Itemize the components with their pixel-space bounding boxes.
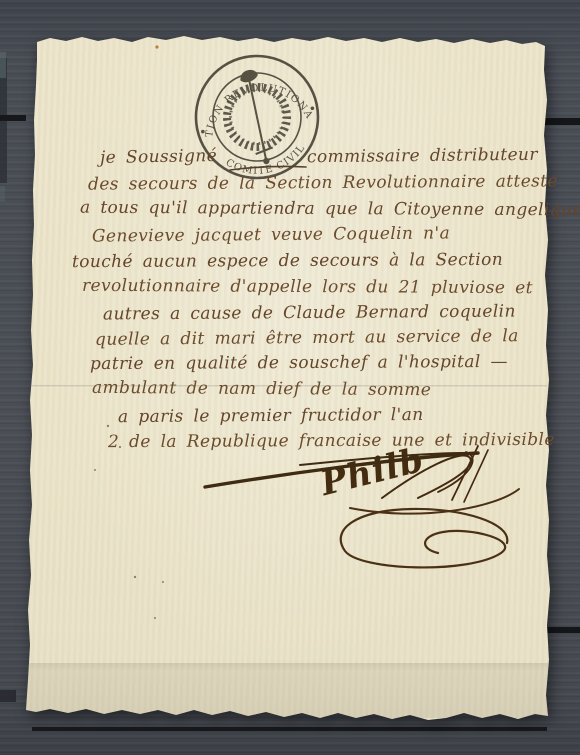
manuscript-line: revolutionnaire d'appelle lors du 21 plu… xyxy=(82,276,533,298)
opening-line-left: je Soussigné xyxy=(100,146,217,168)
opening-line-right: commissaire distributeur xyxy=(307,145,538,167)
fold-shadow-band xyxy=(26,663,548,718)
manuscript-line: autres a cause de Claude Bernard coqueli… xyxy=(103,302,516,325)
document-photo: SECTION REVOLUTIONAIRE COMITE CIVIL je S… xyxy=(0,0,580,755)
manuscript-line: a tous qu'il appartiendra que la Citoyen… xyxy=(80,198,580,221)
manuscript-line: 2 de la Republique francaise une et indi… xyxy=(108,430,555,452)
manuscript-line: ambulant de nam dief de la somme xyxy=(92,378,431,400)
manuscript-line: touché aucun espece de secours à la Sect… xyxy=(72,250,503,272)
manuscript-line: a paris le premier fructidor l'an xyxy=(118,405,424,427)
revolutionary-section-stamp: SECTION REVOLUTIONAIRE COMITE CIVIL xyxy=(180,40,334,194)
manuscript-line: des secours de la Section Revolutionnair… xyxy=(88,171,558,194)
manuscript-line: quelle a dit mari être mort au service d… xyxy=(95,326,519,350)
manuscript-line: patrie en qualité de souschef a l'hospit… xyxy=(90,352,508,374)
manuscript-line: Genevieve jacquet veuve Coquelin n'a xyxy=(92,223,450,246)
